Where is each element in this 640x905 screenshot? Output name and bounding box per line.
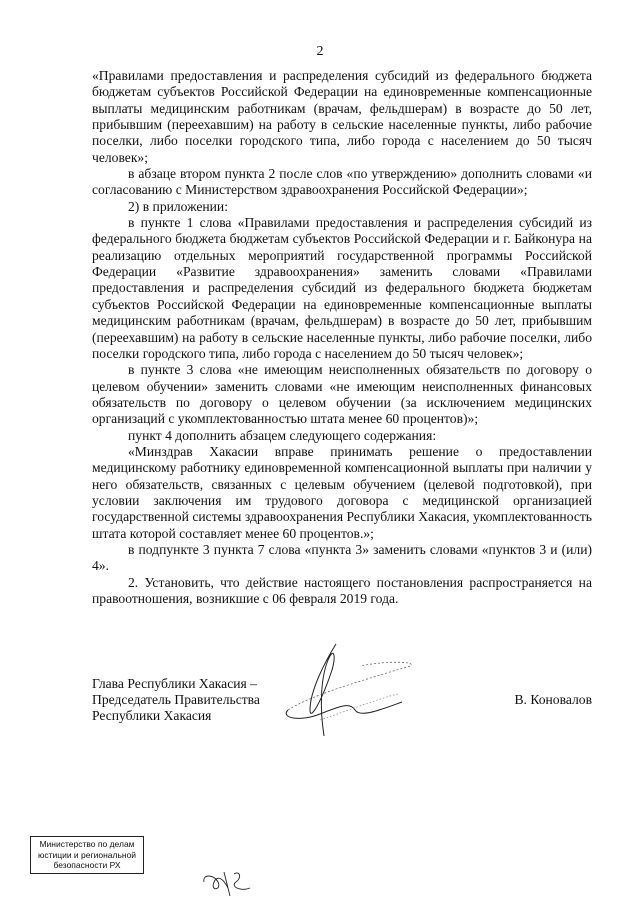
stamp-line: Министерство по делам [33,839,141,850]
signatory-name: В. Коновалов [514,692,592,708]
paragraph: в пункте 3 слова «не имеющим неисполненн… [92,362,592,427]
handwritten-signature-icon [280,640,420,740]
document-body: «Правилами предоставления и распределени… [92,68,592,607]
paragraph: в абзаце втором пункта 2 после слов «по … [92,166,592,199]
paragraph: в пункте 1 слова «Правилами предоставлен… [92,215,592,362]
stamp-line: юстиции и региональной [33,850,141,861]
handwritten-initials-icon [200,868,260,898]
paragraph: «Правилами предоставления и распределени… [92,68,592,166]
signatory-title-line: Председатель Правительства [92,692,260,708]
stamp-line: безопасности РХ [33,860,141,871]
paragraph: пункт 4 дополнить абзацем следующего сод… [92,428,592,444]
signatory-title: Глава Республики Хакасия – Председатель … [92,676,260,724]
signatory-title-line: Глава Республики Хакасия – [92,676,260,692]
signatory-title-line: Республики Хакасия [92,708,260,724]
registration-stamp: Министерство по делам юстиции и регионал… [30,836,144,874]
page-number: 2 [0,44,640,60]
paragraph: в подпункте 3 пункта 7 слова «пункта 3» … [92,542,592,575]
paragraph: 2) в приложении: [92,199,592,215]
paragraph: «Минздрав Хакасии вправе принимать решен… [92,444,592,542]
paragraph: 2. Установить, что действие настоящего п… [92,575,592,608]
